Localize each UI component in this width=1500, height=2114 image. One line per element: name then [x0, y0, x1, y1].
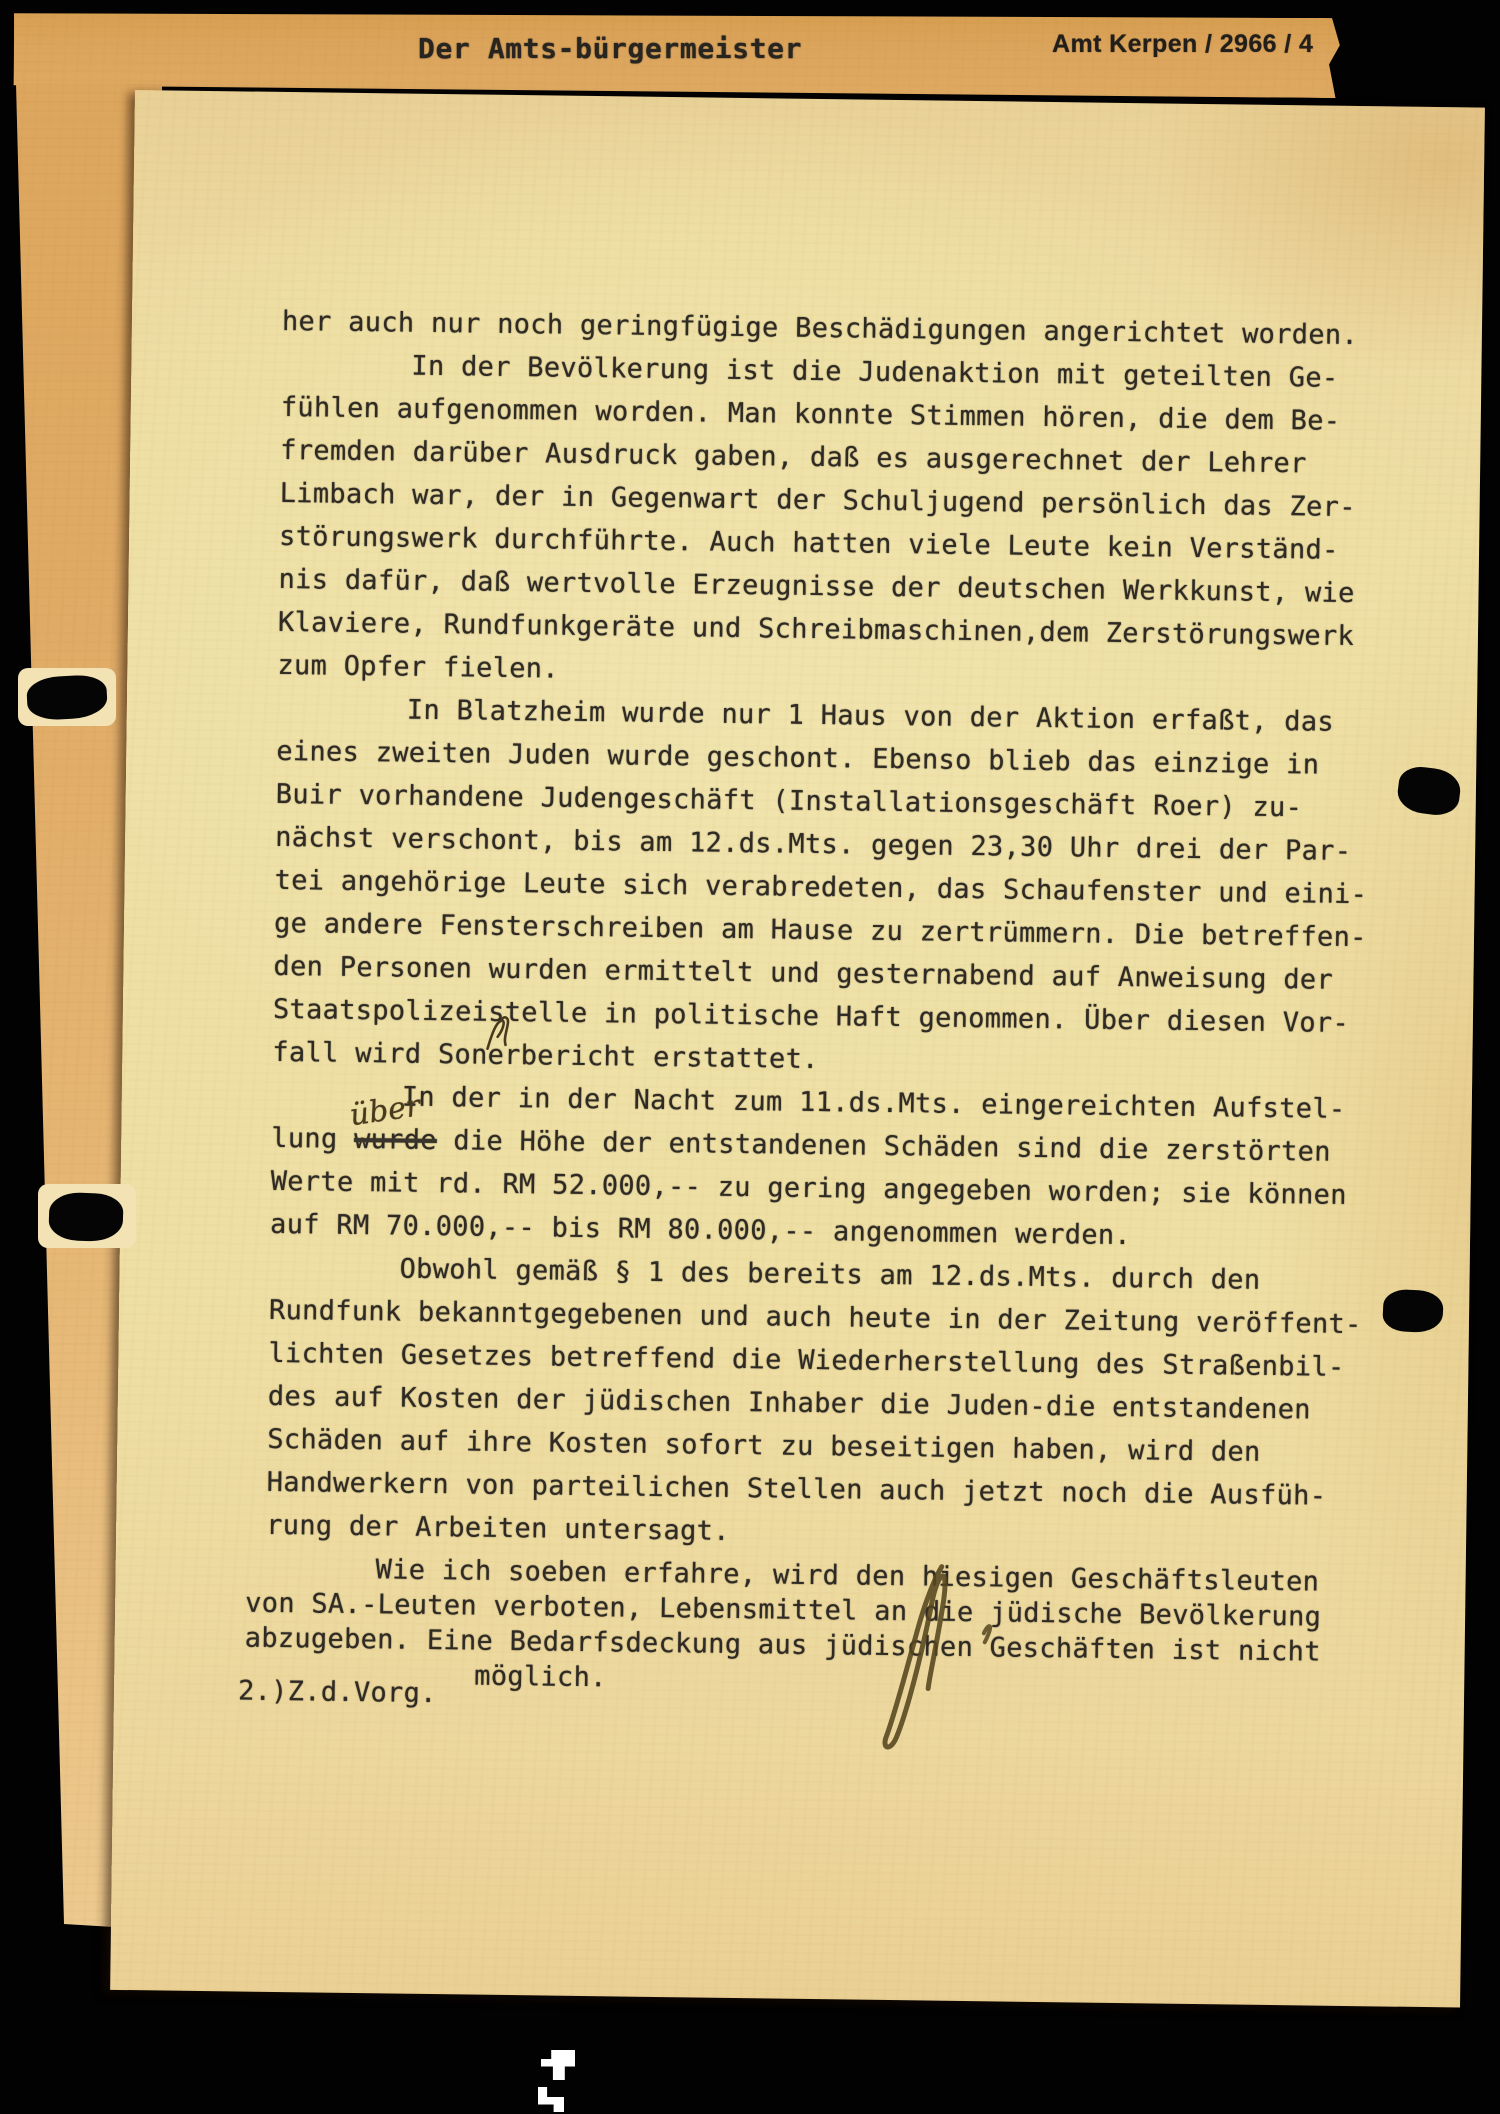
- typed-header-title: Der Amts-bürgermeister: [418, 32, 802, 65]
- hole-punch-mark-left-2: [48, 1192, 124, 1243]
- scanner-mark: [541, 2050, 575, 2080]
- filing-note: 2.)Z.d.Vorg.: [238, 1675, 437, 1709]
- archive-reference-stamp: Amt Kerpen / 2966 / 4: [1052, 30, 1313, 59]
- front-page: her auch nur noch geringfügige Beschädig…: [110, 90, 1485, 2008]
- line-segment: die Höhe der entstandenen Schäden sind d…: [437, 1125, 1331, 1168]
- document-body: her auch nur noch geringfügige Beschädig…: [266, 300, 1472, 1562]
- hole-punch-mark-right-2: [1382, 1288, 1444, 1333]
- scanned-document: Der Amts-bürgermeister Amt Kerpen / 2966…: [0, 0, 1500, 2114]
- scanner-mark: [538, 2087, 564, 2112]
- line-segment: lung: [271, 1123, 354, 1155]
